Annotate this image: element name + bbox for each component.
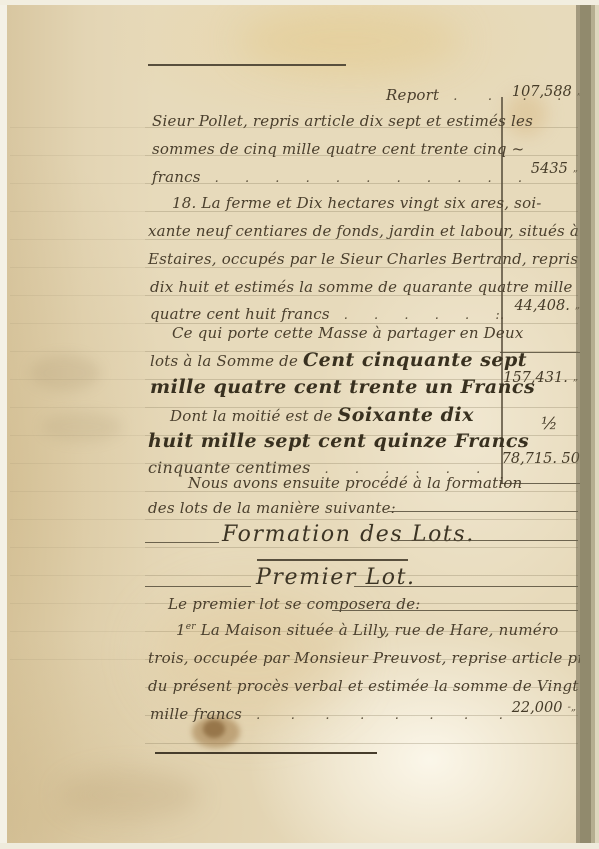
heading-formation-left-rule — [145, 542, 219, 543]
section-divider-rule — [257, 559, 408, 561]
text-line-ferme-1: 18. La ferme et Dix hectares vingt six a… — [172, 194, 542, 213]
intro-trailing-rule — [388, 511, 578, 512]
amount-157431: 157,431.„ — [498, 370, 578, 386]
scan-border-top — [0, 0, 599, 5]
heading-premier-right-rule — [354, 586, 578, 587]
text-line-moitie-1: Dont la moitié est de Soixante dix — [170, 404, 474, 428]
report-label: Report — [386, 86, 439, 104]
page-edge-shadow — [576, 0, 580, 849]
heading-formation-right-rule — [396, 540, 578, 541]
text-line-ferme-5: quatre cent huit francs. . . . . :. — [150, 305, 504, 324]
amount-78715-50: 78,715. 50 — [496, 451, 580, 467]
item-number: 1 — [176, 621, 186, 639]
text-line-lot1-4: mille francs. . . . . . . . — [150, 705, 503, 724]
report-amount-value: 107,588 — [512, 84, 572, 100]
text-line-masse-1: Ce qui porte cette Masse à partager en D… — [172, 324, 524, 343]
masse-bold-1: Cent cinquante sept — [303, 349, 527, 371]
text-line-pollet-2: sommes de cinq mille quatre cent trente … — [152, 140, 524, 159]
leader-dots: . . . . . . . . — [256, 708, 503, 723]
ferme-total-label: quatre cent huit francs — [150, 305, 330, 323]
text-line-lot1-1: 1er La Maison située à Lilly, rue de Har… — [176, 621, 558, 640]
masse-bold-2: mille quatre cent trente un Francs — [150, 376, 535, 398]
ruled-lines-margin — [10, 100, 145, 660]
amount-ditto: „ — [575, 300, 580, 311]
bleedthrough-smudge-2 — [42, 412, 122, 442]
moitie-plain: Dont la moitié est de — [170, 407, 338, 425]
amount-value: 44,408. — [514, 298, 569, 314]
bleedthrough-smudge-1 — [30, 355, 100, 391]
amount-ditto: „ — [573, 163, 578, 174]
text-line-ferme-4: dix huit et estimés la somme de quarante… — [150, 278, 573, 297]
scan-border-bottom — [0, 843, 599, 849]
moitie-bold-2: huit mille sept cent quinze Francs — [148, 430, 529, 452]
stain-bottom-left — [60, 770, 200, 820]
amount-value: 78,715. 50 — [502, 451, 580, 467]
amount-44408: 44,408.„ — [500, 298, 580, 314]
mille-francs-label: mille francs — [150, 705, 242, 723]
report-amount-ditto: „ — [577, 86, 582, 97]
lot1-line-text: La Maison située à Lilly, rue de Hare, n… — [196, 621, 559, 639]
text-line-intro-2: des lots de la manière suivante: — [148, 499, 396, 518]
text-line-lot1-3: du présent procès verbal et estimée la s… — [148, 677, 599, 696]
fraction-half: ½ — [541, 414, 557, 434]
leader-dots: . . . . . :. — [344, 308, 505, 323]
text-line-pollet-3: francs. . . . . . . . . . . — [152, 168, 522, 187]
text-line-masse-2: lots à la Somme de Cent cinquante sept — [150, 349, 527, 373]
text-line-moitie-2: huit mille sept cent quinze Francs — [148, 430, 529, 454]
amount-ditto: „ — [573, 372, 578, 383]
masse-plain: lots à la Somme de — [150, 352, 303, 370]
heading-premier-left-rule — [145, 586, 251, 587]
page-edge-outer — [591, 0, 595, 849]
leader-dots: . . . . . . . . . . . — [215, 171, 523, 186]
scan-border-left — [0, 0, 7, 849]
text-line-lot1-2: trois, occupée par Monsieur Preuvost, re… — [148, 649, 599, 668]
amount-22000: 22,000-„ — [492, 700, 576, 716]
page-edge-rim — [595, 0, 599, 849]
amount-value: 157,431. — [503, 370, 568, 386]
lot1-intro-trailing-rule — [332, 610, 578, 611]
heading-formation-des-lots: Formation des Lots. — [222, 522, 475, 547]
amount-value: 22,000 — [512, 700, 563, 716]
amount-5435: 5435„ — [500, 161, 578, 177]
text-line-ferme-2: xante neuf centiares de fonds, jardin et… — [148, 222, 579, 241]
amount-value: 5435 — [531, 161, 568, 177]
page-edge-band — [580, 0, 591, 849]
text-line-pollet-1: Sieur Pollet, repris article dix sept et… — [152, 112, 533, 131]
text-line-ferme-3: Estaires, occupés par le Sieur Charles B… — [148, 250, 599, 269]
text-line-intro-1: Nous avons ensuite procédé à la formatio… — [188, 474, 522, 493]
scanned-manuscript-page: Report. . . . 107,588„ Sieur Pollet, rep… — [0, 0, 599, 849]
item-number-suffix: er — [186, 622, 196, 632]
bottom-rule — [155, 752, 377, 754]
moitie-bold-1: Soixante dix — [338, 404, 474, 426]
top-rule — [148, 64, 346, 66]
amount-ditto: -„ — [567, 702, 576, 713]
report-amount: 107,588„ — [500, 84, 582, 100]
francs-label: francs — [152, 168, 201, 186]
text-line-masse-3: mille quatre cent trente un Francs — [150, 376, 535, 400]
